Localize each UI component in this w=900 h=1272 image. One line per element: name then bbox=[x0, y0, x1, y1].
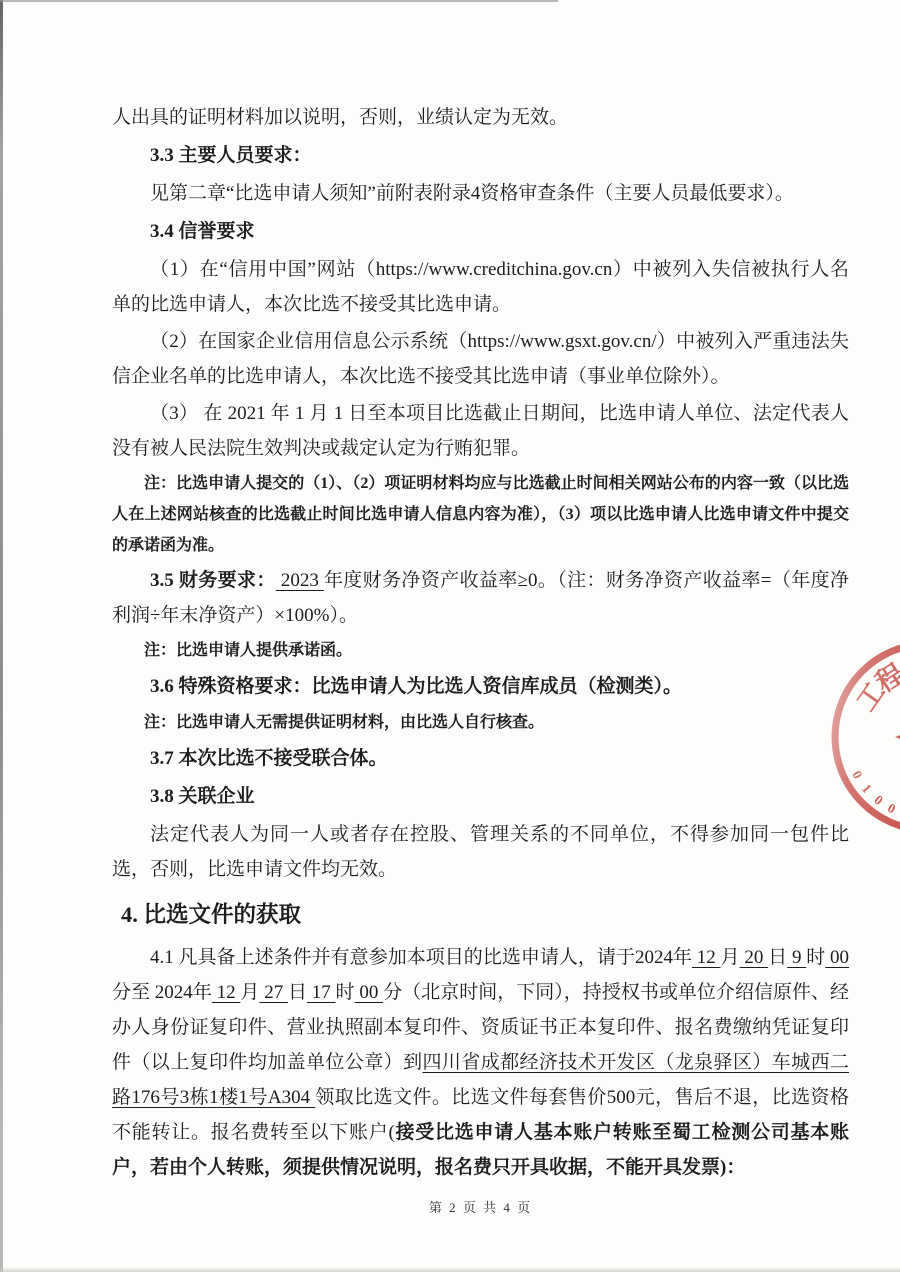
page-footer: 第 2 页 共 4 页 bbox=[112, 1197, 849, 1216]
text-run: 3.6 特殊资格要求：比选申请人为比选人资信库成员（检测类）。 bbox=[150, 676, 682, 697]
stamp-star-icon bbox=[888, 696, 900, 772]
text-run: （2）在国家企业信用信息公示系统（https://www.gsxt.gov.cn… bbox=[112, 331, 849, 387]
paragraph: （1）在“信用中国”网站（https://www.creditchina.gov… bbox=[112, 252, 849, 322]
paragraph: 3.6 特殊资格要求：比选申请人为比选人资信库成员（检测类）。 bbox=[112, 669, 849, 704]
text-run: 分至 2024年 bbox=[112, 982, 212, 1003]
text-run: 日 bbox=[768, 947, 787, 968]
paragraph: 3.3 主要人员要求： bbox=[112, 138, 849, 173]
text-run: 注：比选申请人提交的（1）、（2）项证明材料均应与比选截止时间相关网站公布的内容… bbox=[112, 475, 849, 554]
text-run: 月 bbox=[721, 947, 740, 968]
text-run: 12 bbox=[212, 982, 241, 1003]
paragraph: 3.8 关联企业 bbox=[112, 779, 849, 814]
paragraph: （3） 在 2021 年 1 月 1 日至本项目比选截止日期间，比选申请人单位、… bbox=[112, 396, 849, 466]
text-run: 4. 比选文件的获取 bbox=[121, 902, 301, 927]
text-run: 3.4 信誉要求 bbox=[150, 221, 255, 242]
text-run: 注：比选申请人提供承诺函。 bbox=[144, 642, 352, 659]
text-run: 人出具的证明材料加以说明，否则，业绩认定为无效。 bbox=[112, 107, 568, 128]
text-run: 20 bbox=[740, 947, 769, 968]
paragraph: 注：比选申请人无需提供证明材料，由比选人自行核查。 bbox=[112, 707, 849, 738]
paragraph: 人出具的证明材料加以说明，否则，业绩认定为无效。 bbox=[112, 100, 849, 135]
paragraph: 4. 比选文件的获取 bbox=[112, 895, 849, 935]
text-run: 月 bbox=[240, 982, 259, 1003]
stamp-char: 0 bbox=[849, 768, 866, 781]
stamp-char: 0 bbox=[885, 800, 898, 817]
text-run: 法定代表人为同一人或者存在控股、管理关系的不同单位，不得参加同一包件比选，否则，… bbox=[112, 824, 849, 880]
text-run: 时 bbox=[806, 947, 825, 968]
paragraph: 法定代表人为同一人或者存在控股、管理关系的不同单位，不得参加同一包件比选，否则，… bbox=[112, 817, 849, 887]
scan-edge-top bbox=[0, 0, 558, 2]
stamp-arc-text: 工程 bbox=[851, 658, 900, 717]
stamp-char: 1 bbox=[859, 781, 875, 796]
text-run: 2023 bbox=[276, 570, 324, 591]
paragraph: 4.1 凡具备上述条件并有意参加本项目的比选申请人，请于2024年 12 月 2… bbox=[112, 940, 849, 1185]
paragraph: 3.5 财务要求： 2023 年度财务净资产收益率≥0。（注：财务净资产收益率=… bbox=[112, 563, 849, 633]
text-run: 日 bbox=[288, 982, 307, 1003]
text-run: 27 bbox=[259, 982, 288, 1003]
text-run: 见第二章“比选申请人须知”前附表附录4资格审查条件（主要人员最低要求）。 bbox=[150, 183, 794, 204]
text-run: 3.8 关联企业 bbox=[150, 786, 255, 807]
text-run: 00 bbox=[355, 982, 384, 1003]
text-run: 9 bbox=[787, 947, 806, 968]
document-body: 人出具的证明材料加以说明，否则，业绩认定为无效。3.3 主要人员要求：见第二章“… bbox=[112, 100, 849, 1187]
text-run: 00 bbox=[825, 947, 849, 968]
paragraph: 注：比选申请人提交的（1）、（2）项证明材料均应与比选截止时间相关网站公布的内容… bbox=[112, 468, 849, 561]
scan-edge-bottom bbox=[0, 1267, 900, 1272]
text-run: （1）在“信用中国”网站（https://www.creditchina.gov… bbox=[112, 259, 849, 315]
red-seal-stamp-icon: 工程 0100 bbox=[823, 632, 900, 842]
document-page: 人出具的证明材料加以说明，否则，业绩认定为无效。3.3 主要人员要求：见第二章“… bbox=[0, 0, 900, 1272]
text-run: （3） 在 2021 年 1 月 1 日至本项目比选截止日期间，比选申请人单位、… bbox=[112, 403, 849, 459]
text-run: 17 bbox=[307, 982, 336, 1003]
paragraph: 注：比选申请人提供承诺函。 bbox=[112, 635, 849, 666]
paragraph: 3.4 信誉要求 bbox=[112, 214, 849, 249]
text-run: 4.1 凡具备上述条件并有意参加本项目的比选申请人，请于2024年 bbox=[150, 947, 692, 968]
text-run: 注：比选申请人无需提供证明材料，由比选人自行核查。 bbox=[144, 714, 544, 731]
stamp-char: 0 bbox=[871, 792, 886, 808]
text-run: 时 bbox=[336, 982, 355, 1003]
text-run: 3.3 主要人员要求： bbox=[150, 145, 312, 166]
paragraph: 3.7 本次比选不接受联合体。 bbox=[112, 741, 849, 776]
text-run: 3.7 本次比选不接受联合体。 bbox=[150, 748, 388, 769]
paragraph: 见第二章“比选申请人须知”前附表附录4资格审查条件（主要人员最低要求）。 bbox=[112, 176, 849, 211]
text-run: 12 bbox=[692, 947, 721, 968]
text-run: 3.5 财务要求： bbox=[150, 570, 276, 591]
paragraph: （2）在国家企业信用信息公示系统（https://www.gsxt.gov.cn… bbox=[112, 324, 849, 394]
scan-edge-left bbox=[0, 0, 3, 1272]
